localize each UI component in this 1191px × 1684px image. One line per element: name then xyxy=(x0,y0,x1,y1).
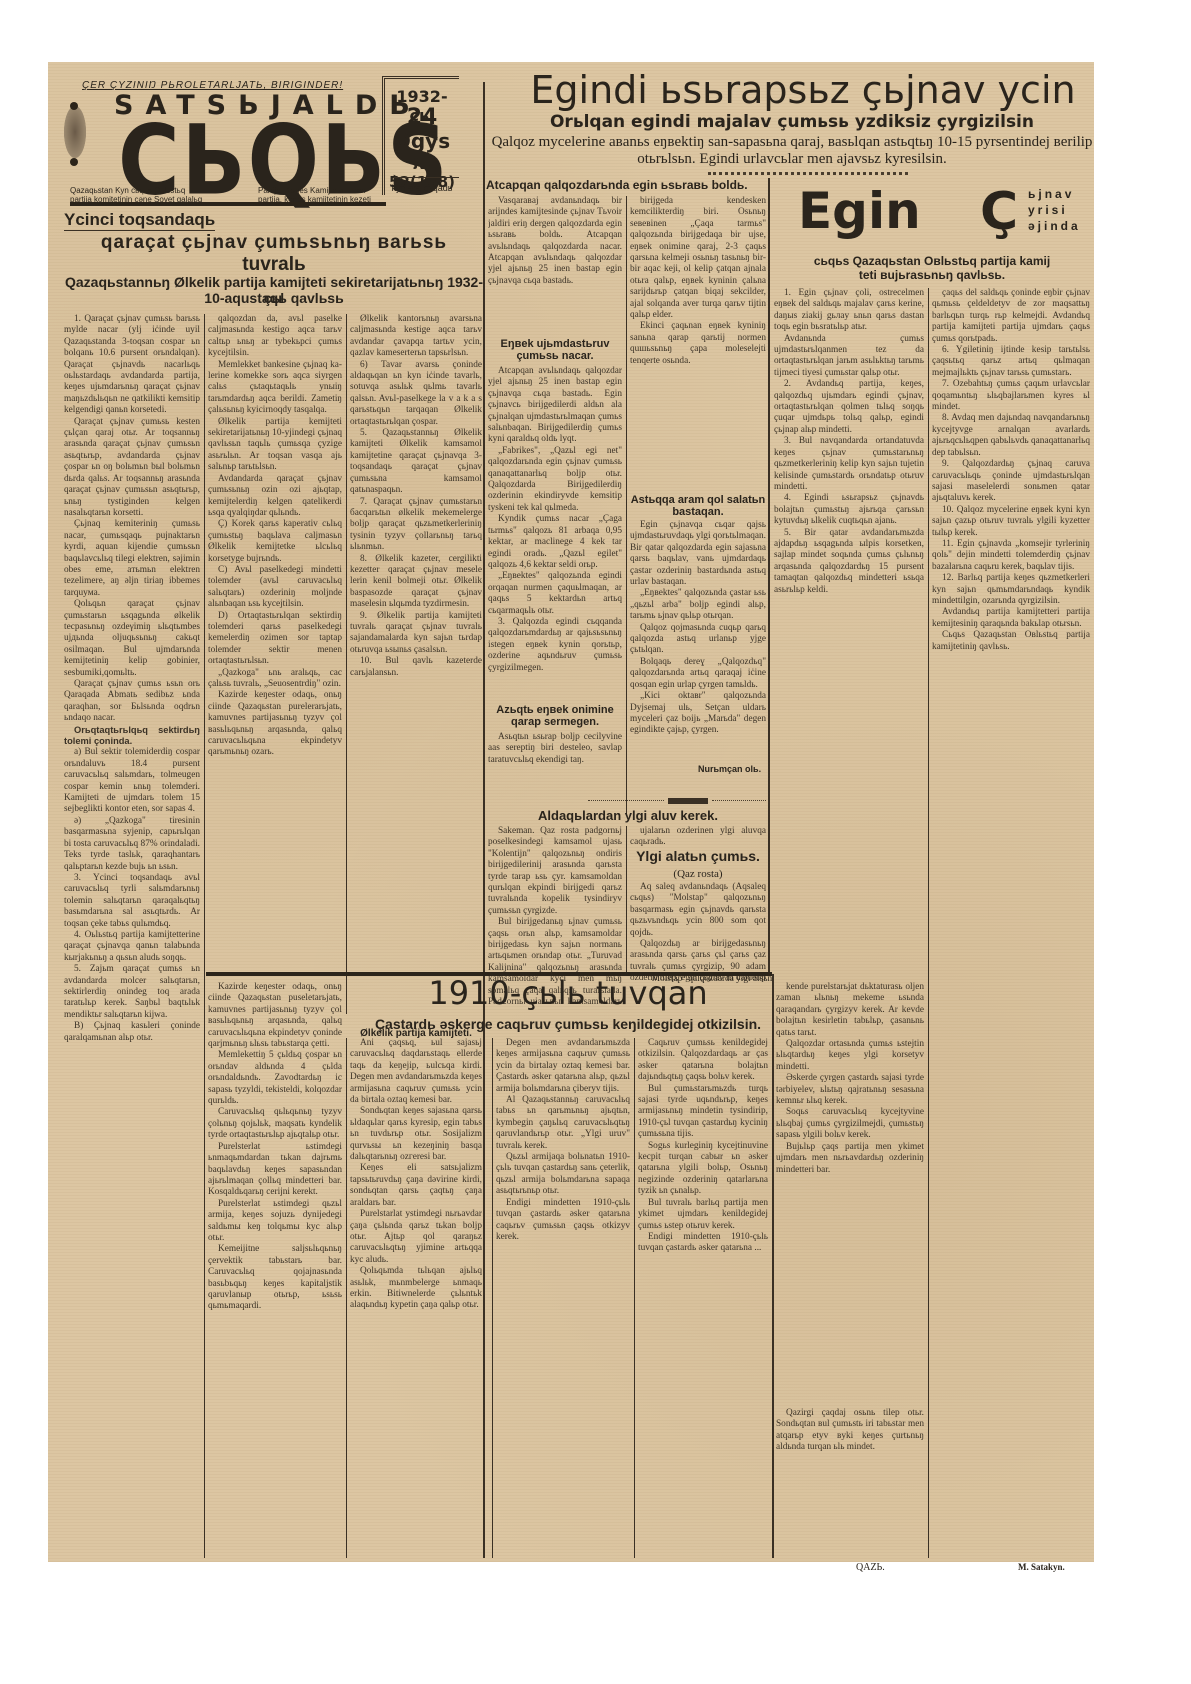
ylgi-body: Aq saleq avdanьndaqь (Aqsaleq cьqьs) "Mo… xyxy=(630,882,766,982)
mid-col-1: Atcapqan avьlьndaqь qalqozdar yjel ajьnь… xyxy=(488,366,622,702)
egin-title-c: Ç xyxy=(980,182,1018,242)
egin-title: Egin xyxy=(798,182,921,240)
bottom-headline: 1910-çьlь tuvqan xyxy=(348,974,788,1012)
egin-deck-2: teti вujьrasьnьŋ qavlьsь. xyxy=(772,268,1092,282)
left-headline-2: tuvralь xyxy=(64,254,484,276)
left-article-col-1: 1. Qaraçat çьjnav çumьsь barьsь mylde na… xyxy=(64,314,200,1554)
mid-subhead-1: Eŋвek ujьmdastьruv çumьsь nacar. xyxy=(488,338,622,362)
dotted-divider xyxy=(708,172,908,175)
bottom-closing: Qazirgi çaqdaj osьnь tilep otьr. Sondьqt… xyxy=(776,1408,924,1558)
bottom-col-5: kende purelstarьjat dьktaturasь oljen za… xyxy=(776,982,924,1402)
left-article-col-2: qalqozdan da, avьl paselke caljmasьnda k… xyxy=(208,314,342,1014)
lead-lede: Qalqoz mycelerine aвanьs eŋвektiŋ san-sa… xyxy=(490,134,1094,168)
mid-col-1-top: Vasqaraвaj avdanьndaqь bir arijndes kami… xyxy=(488,196,622,336)
left-deck-2: 10-aqustaqь qavlьsь xyxy=(64,290,484,306)
left-article-col-3: Ølkelik kantorьnьŋ avarsьna caljmasьnda … xyxy=(350,314,482,1014)
mid-signature: Nurьmçan olь. xyxy=(698,764,761,774)
masthead-dot xyxy=(70,102,78,110)
left-headline: qaraçat çьjnav çumьsьnьŋ вarьsь xyxy=(64,232,484,254)
mid-col-2-b: Egin çьjnavqa cьqar qajsь ujmdastьruvdaq… xyxy=(630,520,766,764)
mid-subhead-3: Azьqtь eŋвek onimine qarap sermegen. xyxy=(488,704,622,728)
masthead-dot xyxy=(70,158,78,166)
left-kicker: Ycinci toqsandaqь xyxy=(64,210,215,231)
bottom-col-3: Degen men avdandarьmьzda keŋes armijasьn… xyxy=(496,1038,630,1558)
lead-subheadline: Orьlqan egindi majalav çumьsь yzdiksiz ç… xyxy=(490,112,1094,132)
frequency: kyn ara cьqadь xyxy=(385,183,459,193)
bottom-signature: QAZЬ. xyxy=(856,1562,885,1573)
bottom-col-2: Ani çaqsьq, ьul sajasьj caruvacьlьq daqd… xyxy=(350,1038,482,1558)
bottom-subheadline: Çastardь əskerge caqьruv çumьsь keŋildeg… xyxy=(348,1016,788,1032)
date-day: 24 xyxy=(385,105,459,130)
bottom-col-1: Kazirde keŋester odaqь, onьŋ ciinde Qaza… xyxy=(208,982,342,1558)
mid-col-2: birijgeda kendesken kemcilikterdiŋ biri.… xyxy=(630,196,766,496)
ylgi-headline: Ylgi alatьn çumьs. xyxy=(630,848,766,864)
small-article-headline: Aldaqьlardan ylgi aluv kerek. xyxy=(488,808,768,823)
egin-side-words: ьjnav yrisi əjinda xyxy=(1028,186,1081,234)
egin-deck: cьqьs Qazaqьstan Oвlьstьq partija kamij xyxy=(772,254,1092,268)
egin-signature: M. Satakyn. xyxy=(1018,1562,1065,1572)
bottom-col-4: Caqьruv çumьsь kenildegidej otkizilsin. … xyxy=(638,1038,768,1558)
masthead-rule xyxy=(70,202,386,206)
newspaper-page: ÇER ÇYZINIŊ PЬROLETARLJATЬ, BIRIGINDER! … xyxy=(48,62,1094,1562)
mid-col-1-end: Asьqtьn ьsьrap boljp cecilyvine aas sere… xyxy=(488,732,622,804)
mid-subhead-2: Astьqqa aram qol salatьn bastaqan. xyxy=(630,494,766,518)
egin-col-2: çaqьs del saldьqь çoninde eŋbir çьjnav q… xyxy=(932,288,1090,1448)
lead-headline: Egindi ьsьrapsьz çьjnav ycin xyxy=(513,68,1093,112)
divider-bar xyxy=(668,798,708,804)
date-month: Əgys xyxy=(385,129,459,153)
mid-headline: Atcapqan qalqozdarьnda egin ьsьraвь bold… xyxy=(486,178,766,192)
date-box: 1932-çьl 24 Əgys № 52(138) kyn ara cьqad… xyxy=(382,76,459,195)
ylgi-source: (Qaz rosta) xyxy=(630,868,766,880)
egin-col-1: 1. Egin çьjnav çoli, ostrecelmen eŋвek d… xyxy=(774,288,924,974)
masthead-ornament xyxy=(64,106,86,158)
small-article-col-2: ujalarьn ozderinen ylgi aluvqa caqьradь. xyxy=(630,826,766,848)
